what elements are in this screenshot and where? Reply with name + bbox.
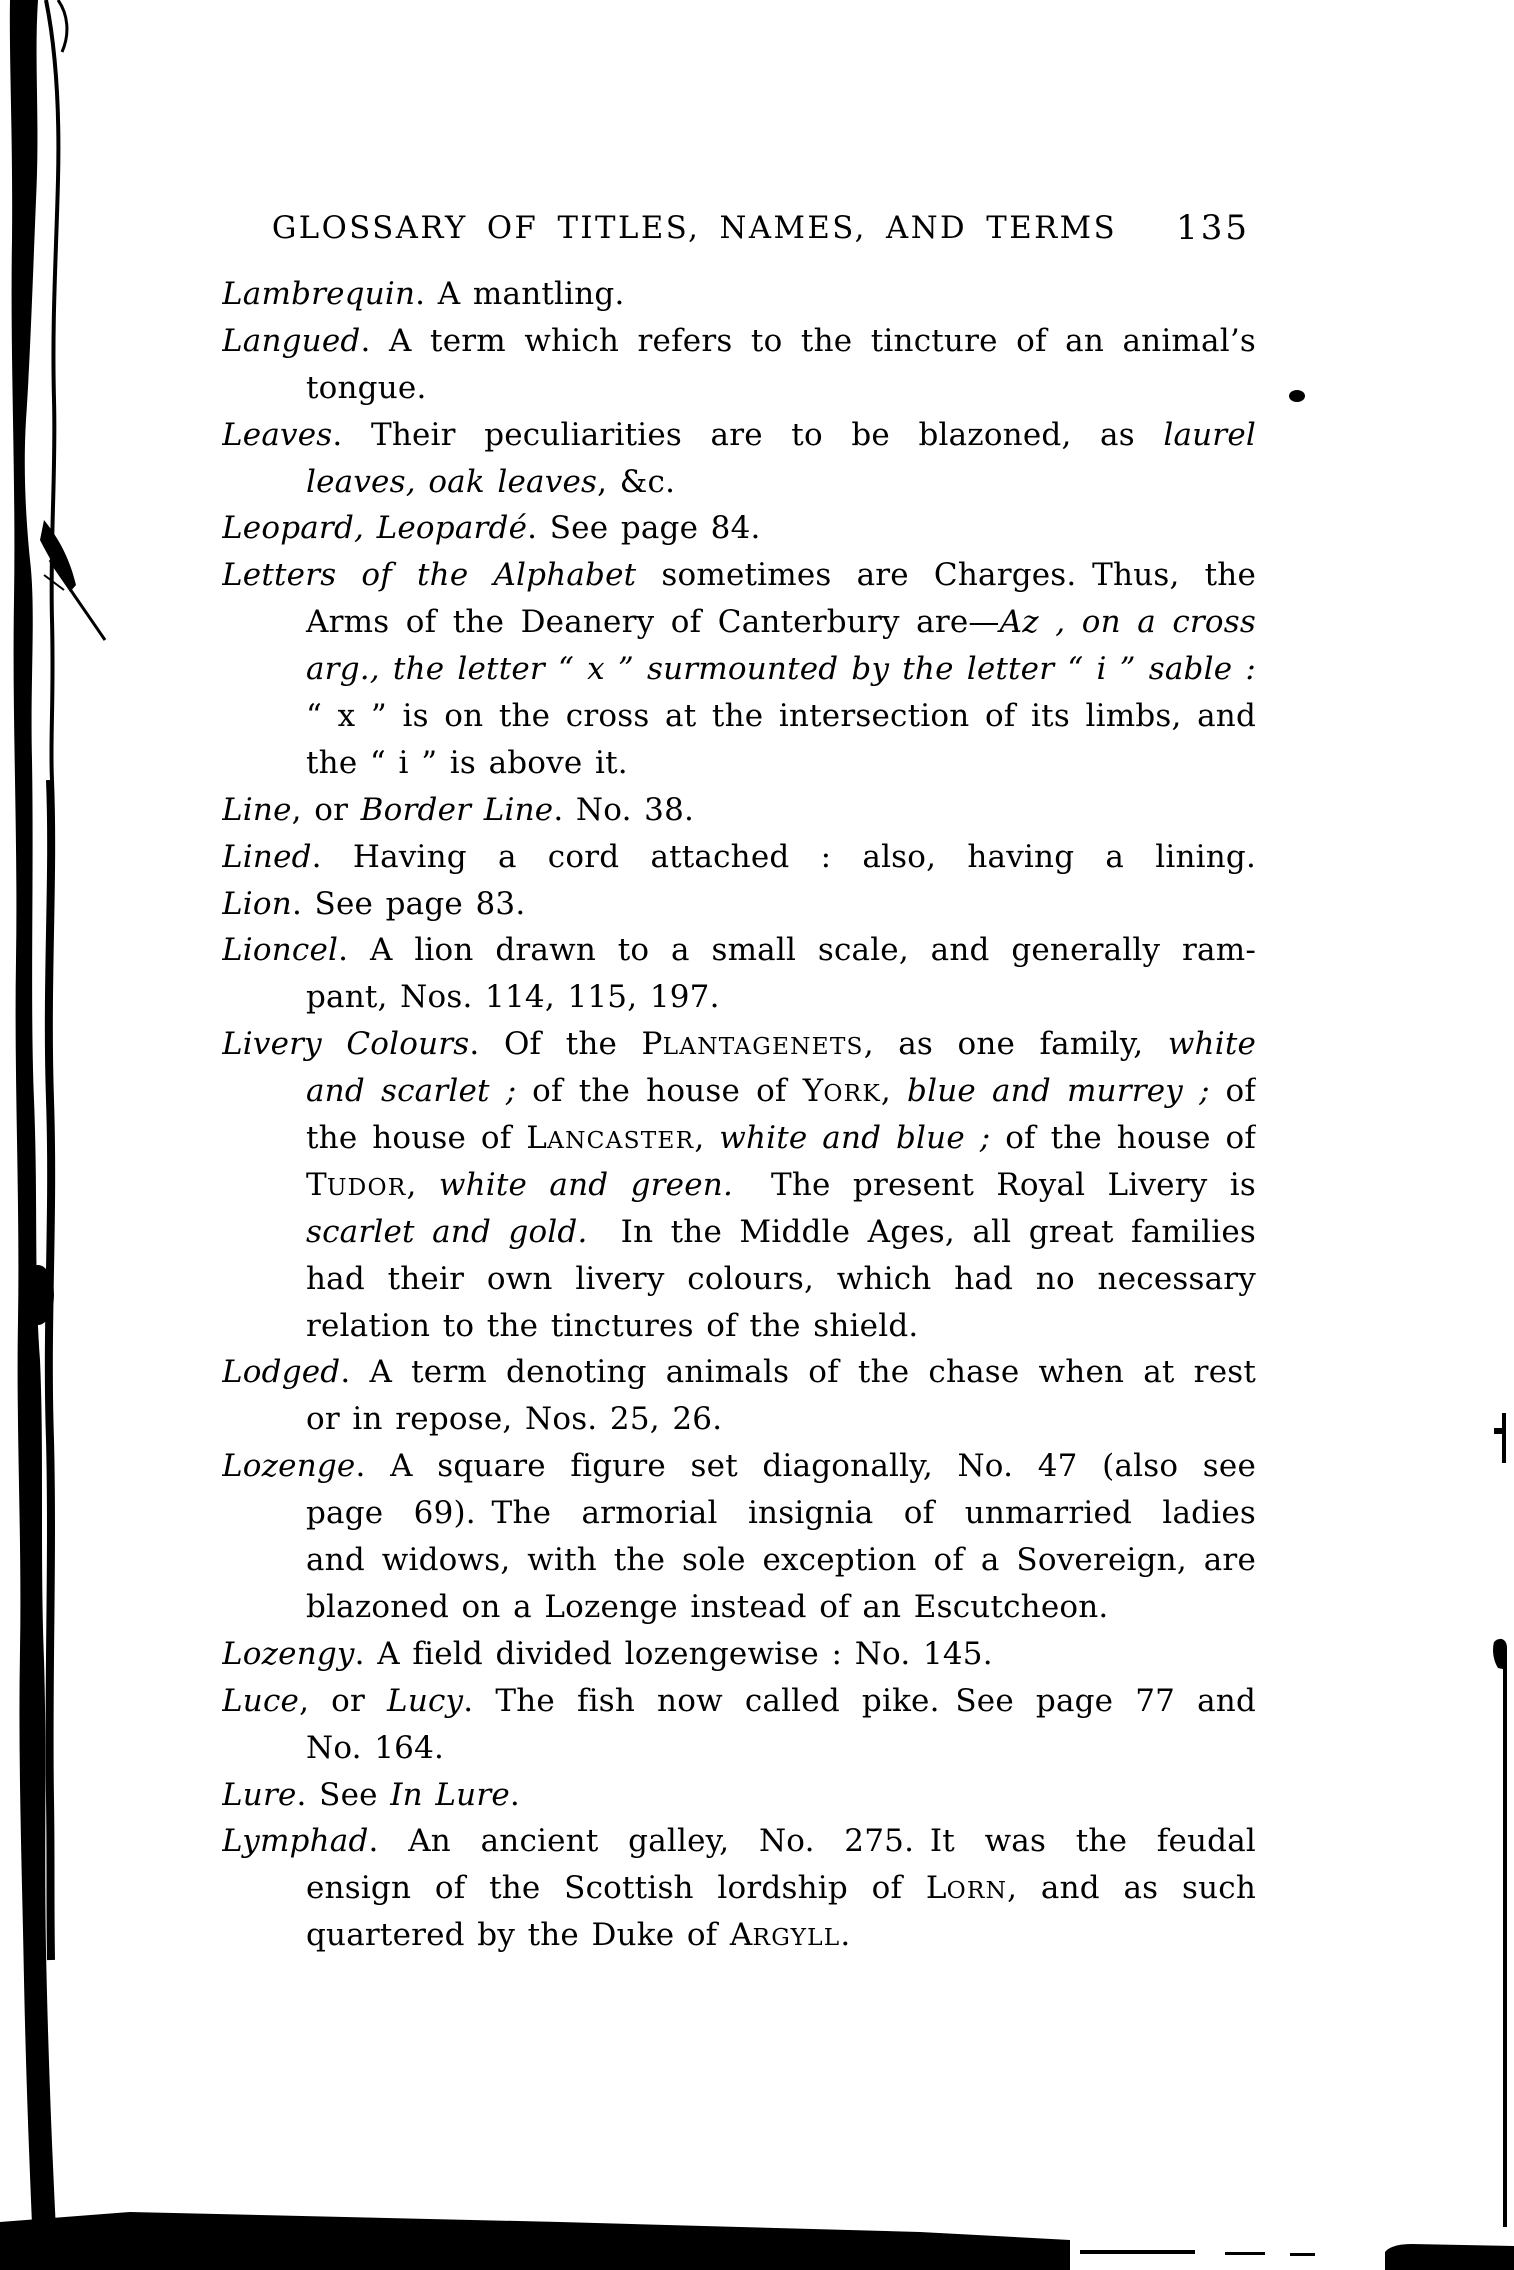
italic-text: Lozenge bbox=[222, 1448, 355, 1484]
italic-text: Lymphad bbox=[222, 1823, 369, 1859]
small-caps-text: LANCASTER bbox=[526, 1120, 694, 1156]
roman-text: . No. 38. bbox=[553, 792, 694, 828]
roman-text: . See bbox=[297, 1777, 391, 1813]
glossary-line: or in repose, Nos. 25, 26. bbox=[222, 1396, 1256, 1443]
roman-text: . Their peculiarities are to be blazoned… bbox=[332, 417, 1163, 453]
glossary-line: No. 164. bbox=[222, 1725, 1256, 1772]
glossary-line: Lozengy. A field divided lozengewise : N… bbox=[222, 1631, 1256, 1678]
bottom-right-blob bbox=[1385, 2244, 1514, 2270]
small-caps-text: PLANTAGENETS bbox=[642, 1026, 864, 1062]
roman-text: tongue. bbox=[306, 370, 427, 406]
italic-text: Lodged bbox=[222, 1354, 340, 1390]
italic-text: Az , on a cross bbox=[1000, 604, 1256, 640]
italic-text: Lined bbox=[222, 839, 312, 875]
roman-text: “ x ” is on the cross at the intersectio… bbox=[306, 698, 1256, 734]
bottom-scan-bar bbox=[0, 2212, 1070, 2270]
right-edge-tick bbox=[1494, 1428, 1502, 1434]
roman-text: . A field divided lozengewise : No. 145. bbox=[355, 1636, 993, 1672]
italic-text: Livery Colours bbox=[222, 1026, 469, 1062]
roman-text: , and as such bbox=[1007, 1870, 1256, 1906]
page-number: 135 bbox=[1176, 208, 1250, 248]
roman-text: The present Royal Livery is bbox=[733, 1167, 1256, 1203]
roman-text: blazoned on a Lozenge instead of an Escu… bbox=[306, 1589, 1108, 1625]
glossary-line: blazoned on a Lozenge instead of an Escu… bbox=[222, 1584, 1256, 1631]
roman-text: . See page 83. bbox=[292, 886, 525, 922]
glossary-line: Lymphad. An ancient galley, No. 275. It … bbox=[222, 1818, 1256, 1865]
italic-text: arg., the letter “ x ” surmounted by the… bbox=[306, 651, 1256, 687]
roman-text: In the Middle Ages, all great families bbox=[588, 1214, 1256, 1250]
left-binding-crease-line bbox=[46, 0, 58, 780]
italic-text: white and green. bbox=[439, 1167, 733, 1203]
glossary-line: Leaves. Their peculiarities are to be bl… bbox=[222, 412, 1256, 459]
paper-fiber-hair-short bbox=[44, 575, 64, 590]
italic-text: Leaves bbox=[222, 417, 332, 453]
italic-text: Border Line bbox=[361, 792, 554, 828]
roman-text: . See page 84. bbox=[527, 510, 760, 546]
italic-text: white and blue ; bbox=[719, 1120, 990, 1156]
italic-text: laurel bbox=[1163, 417, 1256, 453]
italic-text: Letters of the Alphabet bbox=[222, 557, 636, 593]
roman-text: page 69). The armorial insignia of unmar… bbox=[306, 1495, 1256, 1531]
roman-text: . An ancient galley, No. 275. It was the… bbox=[369, 1823, 1257, 1859]
glossary-line: arg., the letter “ x ” surmounted by the… bbox=[222, 646, 1256, 693]
glossary-line: pant, Nos. 114, 115, 197. bbox=[222, 974, 1256, 1021]
right-edge-mark-short bbox=[1502, 1413, 1506, 1463]
roman-text: No. 164. bbox=[306, 1730, 444, 1766]
roman-text: had their own livery colours, which had … bbox=[306, 1261, 1256, 1297]
roman-text: and widows, with the sole exception of a… bbox=[306, 1542, 1256, 1578]
glossary-line: Luce, or Lucy. The fish now called pike.… bbox=[222, 1678, 1256, 1725]
glossary-line: Lambrequin. A mantling. bbox=[222, 271, 1256, 318]
glossary-line: quartered by the Duke of ARGYLL. bbox=[222, 1912, 1256, 1959]
italic-text: and scarlet ; bbox=[306, 1073, 516, 1109]
glossary-line: Arms of the Deanery of Canterbury are—Az… bbox=[222, 599, 1256, 646]
roman-text: , bbox=[881, 1073, 907, 1109]
right-edge-blob bbox=[1493, 1639, 1507, 1670]
roman-text: sometimes are Charges. Thus, the bbox=[636, 557, 1256, 593]
italic-text: Lucy bbox=[387, 1683, 463, 1719]
glossary-line: Leopard, Leopardé. See page 84. bbox=[222, 505, 1256, 552]
roman-text: . bbox=[840, 1917, 850, 1953]
glossary-line: tongue. bbox=[222, 365, 1256, 412]
left-binding-streak bbox=[49, 780, 51, 1960]
roman-text: or in repose, Nos. 25, 26. bbox=[306, 1401, 722, 1437]
italic-text: Lioncel bbox=[222, 932, 338, 968]
roman-text: . bbox=[510, 1777, 520, 1813]
glossary-line: Langued. A term which refers to the tinc… bbox=[222, 318, 1256, 365]
roman-text: . A mantling. bbox=[415, 276, 624, 312]
roman-text: . A term which refers to the tincture of… bbox=[360, 323, 1256, 359]
glossary-line: page 69). The armorial insignia of unmar… bbox=[222, 1490, 1256, 1537]
roman-text: relation to the tinctures of the shield. bbox=[306, 1308, 918, 1344]
glossary-line: Line, or Border Line. No. 38. bbox=[222, 787, 1256, 834]
italic-text: blue and murrey ; bbox=[907, 1073, 1210, 1109]
glossary-text: Lambrequin. A mantling.Langued. A term w… bbox=[222, 271, 1256, 1959]
roman-text: , or bbox=[299, 1683, 387, 1719]
glossary-line: TUDOR, white and green. The present Roya… bbox=[222, 1162, 1256, 1209]
book-page-scan: GLOSSARY OF TITLES, NAMES, AND TERMS 135… bbox=[0, 0, 1514, 2270]
glossary-line: Lion. See page 83. bbox=[222, 881, 1256, 928]
roman-text: of bbox=[1210, 1073, 1256, 1109]
small-caps-text: LORN bbox=[926, 1870, 1007, 1906]
italic-text: Lambrequin bbox=[222, 276, 415, 312]
ink-dot bbox=[1289, 390, 1305, 402]
roman-text: of the house of bbox=[516, 1073, 802, 1109]
glossary-line: and widows, with the sole exception of a… bbox=[222, 1537, 1256, 1584]
small-caps-text: YORK bbox=[803, 1073, 881, 1109]
left-binding-smear bbox=[10, 0, 60, 2270]
roman-text: , bbox=[694, 1120, 719, 1156]
bottom-scan-line bbox=[1080, 2250, 1195, 2254]
small-caps-text: TUDOR bbox=[306, 1167, 407, 1203]
roman-text: quartered by the Duke of bbox=[306, 1917, 730, 1953]
glossary-line: the “ i ” is above it. bbox=[222, 740, 1256, 787]
glossary-line: and scarlet ; of the house of YORK, blue… bbox=[222, 1068, 1256, 1115]
italic-text: scarlet and gold. bbox=[306, 1214, 588, 1250]
roman-text: the house of bbox=[306, 1120, 526, 1156]
glossary-line: Lure. See In Lure. bbox=[222, 1772, 1256, 1819]
italic-text: Lozengy bbox=[222, 1636, 355, 1672]
glossary-line: relation to the tinctures of the shield. bbox=[222, 1303, 1256, 1350]
roman-text: . Of the bbox=[469, 1026, 641, 1062]
page-header: GLOSSARY OF TITLES, NAMES, AND TERMS 135 bbox=[222, 210, 1256, 250]
page-title: GLOSSARY OF TITLES, NAMES, AND TERMS bbox=[227, 210, 1251, 246]
glossary-line: Letters of the Alphabet sometimes are Ch… bbox=[222, 552, 1256, 599]
roman-text: , as one family, bbox=[864, 1026, 1168, 1062]
paper-fiber-tuft bbox=[40, 520, 76, 592]
glossary-line: ensign of the Scottish lordship of LORN,… bbox=[222, 1865, 1256, 1912]
roman-text: . Having a cord attached : also, having … bbox=[312, 839, 1256, 875]
glossary-line: “ x ” is on the cross at the intersectio… bbox=[222, 693, 1256, 740]
roman-text: ensign of the Scottish lordship of bbox=[306, 1870, 926, 1906]
roman-text: . A square figure set diagonally, No. 47… bbox=[355, 1448, 1256, 1484]
small-caps-text: ARGYLL bbox=[730, 1917, 841, 1953]
roman-text: pant, Nos. 114, 115, 197. bbox=[306, 979, 720, 1015]
italic-text: leaves, oak leaves bbox=[306, 464, 597, 500]
right-edge-line bbox=[1503, 1662, 1507, 2227]
italic-text: Line bbox=[222, 792, 292, 828]
bottom-scan-dash-2 bbox=[1290, 2253, 1315, 2256]
roman-text: of the house of bbox=[990, 1120, 1256, 1156]
left-binding-knot bbox=[22, 1265, 54, 1325]
roman-text: the “ i ” is above it. bbox=[306, 745, 628, 781]
roman-text: , or bbox=[292, 792, 361, 828]
italic-text: Langued bbox=[222, 323, 360, 359]
italic-text: Lure bbox=[222, 1777, 297, 1813]
glossary-line: Livery Colours. Of the PLANTAGENETS, as … bbox=[222, 1021, 1256, 1068]
roman-text: Arms of the Deanery of Canterbury are— bbox=[306, 604, 1000, 640]
bottom-scan-dash bbox=[1225, 2252, 1265, 2255]
glossary-line: the house of LANCASTER, white and blue ;… bbox=[222, 1115, 1256, 1162]
roman-text: . A lion drawn to a small scale, and gen… bbox=[338, 932, 1256, 968]
glossary-line: leaves, oak leaves, &c. bbox=[222, 459, 1256, 506]
italic-text: Lion bbox=[222, 886, 292, 922]
glossary-line: scarlet and gold. In the Middle Ages, al… bbox=[222, 1209, 1256, 1256]
italic-text: In Lure bbox=[390, 1777, 510, 1813]
italic-text: white bbox=[1168, 1026, 1256, 1062]
paper-fiber-hair bbox=[50, 560, 105, 640]
roman-text: , bbox=[407, 1167, 439, 1203]
left-binding-crease-hook bbox=[58, 0, 67, 52]
roman-text: . The fish now called pike. See page 77 … bbox=[463, 1683, 1256, 1719]
roman-text: . A term denoting animals of the chase w… bbox=[340, 1354, 1256, 1390]
glossary-line: Lioncel. A lion drawn to a small scale, … bbox=[222, 927, 1256, 974]
glossary-line: Lined. Having a cord attached : also, ha… bbox=[222, 834, 1256, 881]
roman-text: , &c. bbox=[597, 464, 675, 500]
italic-text: Leopard, Leopardé bbox=[222, 510, 527, 546]
glossary-line: Lozenge. A square figure set diagonally,… bbox=[222, 1443, 1256, 1490]
glossary-line: had their own livery colours, which had … bbox=[222, 1256, 1256, 1303]
glossary-line: Lodged. A term denoting animals of the c… bbox=[222, 1349, 1256, 1396]
italic-text: Luce bbox=[222, 1683, 299, 1719]
